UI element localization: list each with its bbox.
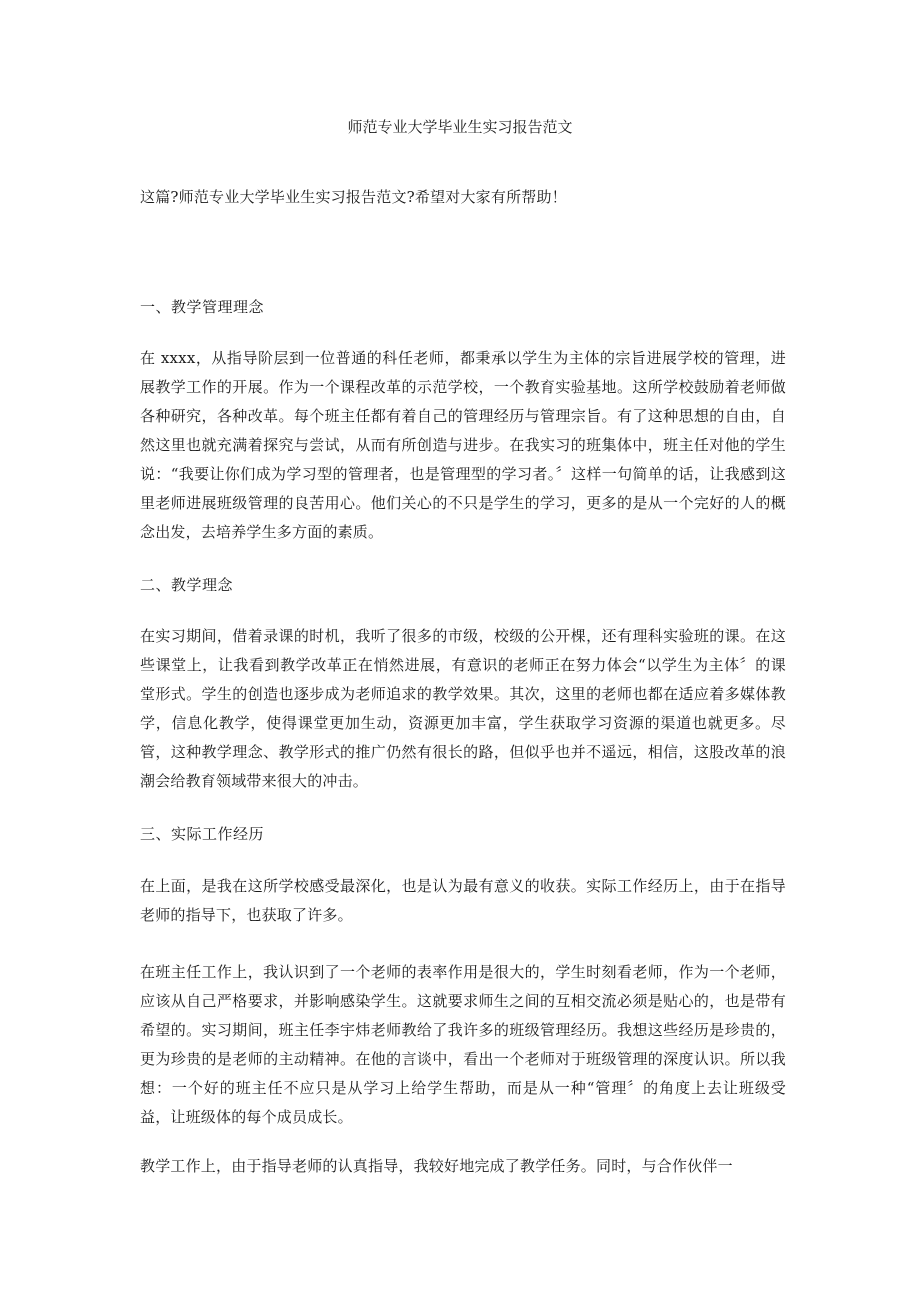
section-3-paragraph-2: 在班主任工作上，我认识到了一个老师的表率作用是很大的，学生时刻看老师，作为一个老… — [140, 958, 786, 1132]
section-heading-2: 二、教学理念 — [140, 573, 233, 597]
document-page: 师范专业大学毕业生实习报告范文 这篇?师范专业大学毕业生实习报告范文?希望对大家… — [0, 0, 920, 1302]
section-1-paragraph-1: 在 xxxx，从指导阶层到一位普通的科任老师，都秉承以学生为主体的宗旨进展学校的… — [140, 344, 786, 547]
document-title: 师范专业大学毕业生实习报告范文 — [0, 115, 920, 139]
section-2-paragraph-1: 在实习期间，借着录课的时机，我听了很多的市级，校级的公开棵，还有理科实验班的课。… — [140, 622, 786, 796]
section-3-paragraph-1: 在上面，是我在这所学校感受最深化，也是认为最有意义的收获。实际工作经历上，由于在… — [140, 872, 786, 930]
section-heading-3: 三、实际工作经历 — [140, 822, 264, 846]
section-heading-1: 一、教学管理理念 — [140, 295, 264, 319]
section-3-paragraph-3: 教学工作上，由于指导老师的认真指导，我较好地完成了教学任务。同时，与合作伙伴一 — [140, 1152, 786, 1181]
intro-paragraph: 这篇?师范专业大学毕业生实习报告范文?希望对大家有所帮助！ — [140, 183, 786, 212]
